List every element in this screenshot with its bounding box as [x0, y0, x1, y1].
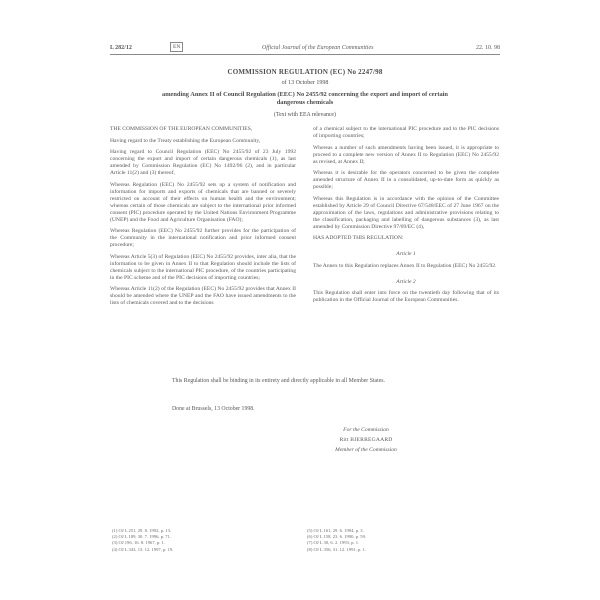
preamble-paragraph: Having regard to Council Regulation (EEC… — [110, 149, 296, 177]
page-content: L 282/12 EN Official Journal of the Euro… — [110, 42, 500, 118]
footnote: (7) OJ L 30, 6. 2. 1993, p. 1. — [307, 540, 366, 546]
preamble-paragraph: Whereas Regulation (EEC) No 2455/92 sets… — [110, 182, 296, 224]
footnote: (3) OJ 196, 16. 8. 1967, p. 1. — [112, 540, 173, 546]
eea-relevance-note: (Text with EEA relevance) — [110, 112, 500, 118]
regulation-title: COMMISSION REGULATION (EC) No 2247/98 — [110, 68, 500, 76]
header-date: 22. 10. 98 — [452, 44, 500, 52]
journal-header: L 282/12 EN Official Journal of the Euro… — [110, 42, 500, 55]
done-at-line: Done at Brussels, 13 October 1998. — [172, 406, 255, 412]
preamble-paragraph: of a chemical subject to the internation… — [313, 126, 499, 140]
article-2-heading: Article 2 — [313, 279, 499, 286]
article-2-body: This Regulation shall enter into force o… — [313, 290, 499, 304]
preamble-paragraph: Whereas Article 11(2) of the Regulation … — [110, 286, 296, 307]
scanned-document-page: L 282/12 EN Official Journal of the Euro… — [0, 0, 600, 600]
footnote: (4) OJ L 343, 13. 12. 1997, p. 19. — [112, 547, 173, 553]
article-1-body: The Annex to this Regulation replaces An… — [313, 263, 499, 270]
preamble-paragraph: Whereas Regulation (EEC) No 2455/92 furt… — [110, 228, 296, 249]
footnote: (8) OJ L 356, 31. 12. 1991, p. 1. — [307, 547, 366, 553]
left-column: THE COMMISSION OF THE EUROPEAN COMMUNITI… — [110, 126, 296, 312]
preamble-paragraph: Whereas a number of such amendments havi… — [313, 145, 499, 166]
signature-block: For the Commission Ritt BJERREGAARD Memb… — [286, 425, 446, 455]
preamble-paragraph: Whereas this Regulation is in accordance… — [313, 196, 499, 231]
binding-clause: This Regulation shall be binding in its … — [172, 378, 446, 386]
signatory-title: Member of the Commission — [286, 445, 446, 455]
footnote-block-left: (1) OJ L 251, 29. 8. 1992, p. 13. (2) OJ… — [112, 528, 173, 553]
signatory-name: Ritt BJERREGAARD — [286, 435, 446, 445]
footnote-block-right: (5) OJ L 161, 29. 6. 1994, p. 3. (6) OJ … — [307, 528, 366, 553]
journal-title: Official Journal of the European Communi… — [183, 44, 452, 52]
regulation-subject: amending Annex II of Council Regulation … — [152, 91, 458, 107]
page-reference: L 282/12 — [110, 44, 158, 52]
preamble-paragraph: Whereas it is desirable for the operator… — [313, 170, 499, 191]
article-1-heading: Article 1 — [313, 251, 499, 258]
preamble-paragraph: Whereas Article 5(3) of Regulation (EEC)… — [110, 254, 296, 282]
language-badge: EN — [170, 42, 183, 52]
preamble-paragraph: Having regard to the Treaty establishing… — [110, 138, 296, 145]
body-columns: THE COMMISSION OF THE EUROPEAN COMMUNITI… — [110, 126, 500, 312]
signature-for: For the Commission — [286, 425, 446, 435]
title-block: COMMISSION REGULATION (EC) No 2247/98 of… — [110, 68, 500, 118]
preamble-paragraph: THE COMMISSION OF THE EUROPEAN COMMUNITI… — [110, 126, 296, 133]
regulation-date: of 13 October 1998 — [110, 80, 500, 86]
adopted-line: HAS ADOPTED THIS REGULATION: — [313, 235, 499, 242]
right-column: of a chemical subject to the internation… — [313, 126, 499, 312]
